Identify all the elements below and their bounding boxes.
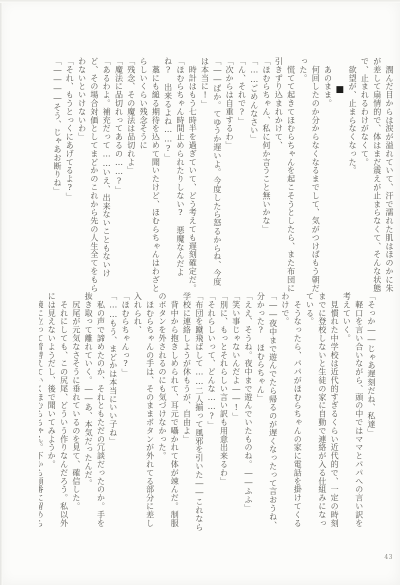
scene-break-marker: ■ — [334, 57, 346, 294]
paragraph: 「残念、その魔法は品切れよ」 — [124, 57, 136, 294]
paragraph: 慌てて起きてほむらちゃんを起こそうとしたら、また布団に引きずり込まれかけて、 — [272, 57, 297, 294]
paragraph: 時計はもう七時半を過ぎていて、どう考えても遅刻確定だ。 — [186, 57, 198, 294]
paragraph: そうなったら、パパがほむらちゃんの家に電話を掛けてくるわけで。 — [279, 292, 304, 535]
page-left-edge-shadow — [0, 0, 3, 585]
text-block-top: 潤んだ目からは涙が溢れていて、汗で濡れた肌はほのかに朱が差して扇情的で、体はまだ… — [43, 57, 395, 294]
page-number: 43 — [384, 554, 393, 561]
paragraph: 「……ごめんなさい」 — [247, 57, 259, 294]
paragraph: 「布団を蹴飛ばして……二人揃って風邪を引いた――これなら学校に連絡しようが休もう… — [180, 292, 205, 535]
paragraph: 「別に、もっとそれらしい言い訳も用意出来るわ」 — [217, 292, 229, 535]
paragraph: ほむらちゃんの手は、そのままボタンが外れてる部分に差し入れられ、 — [131, 292, 156, 535]
page-top-edge-shadow — [0, 0, 400, 3]
paragraph: 「それらしいって、どんな……?」 — [205, 292, 217, 535]
paragraph: 「ほむらちゃん時間止められたりしない? 悪魔なんだよね? 出来るよね……?」 — [161, 57, 186, 294]
paragraph: 何回したのか分からなくなるまでして、気がつけばもう朝だった。 — [297, 57, 322, 294]
paragraph: 「ええ、そうね。夜中まで遊んでいたものね。――ふふ」 — [242, 292, 254, 535]
paragraph: 「――ばか。てゆうか遅いよ。今度したら怒るからね、今度は本当に!」 — [198, 57, 223, 294]
paragraph: 私の声で諦めたのか、それともただの冗談だったのか。手を抜き取って離れていく。――… — [82, 292, 107, 535]
paragraph: 「――夜中まで遊んでたら帰るのが遅くなったって言おうね、分かった? ほむらちゃん… — [254, 292, 279, 535]
paragraph: 「それ、もうとっくにあげてるよ?」 — [63, 57, 75, 294]
scanned-novel-page: 潤んだ目からは涙が溢れていて、汗で濡れた肌はほのかに朱が差して扇情的で、体はまだ… — [0, 0, 400, 585]
paragraph: それにしても、この尻尾、どういう作りなんだろう。私以外には見えないようだし、後で… — [45, 292, 70, 535]
paragraph: 「ん、それで?」 — [235, 57, 247, 294]
paragraph: 「次からは自重するわ」 — [223, 57, 235, 294]
paragraph: 欲望が、止まらなくなった。 — [346, 57, 358, 294]
paragraph: 「そっか――じゃあ遅刻だね、私達」 — [365, 292, 377, 535]
paragraph: 潤んだ目からは涙が溢れていて、汗で濡れた肌はほのかに朱が差して扇情的で、体はまだ… — [358, 57, 395, 294]
paragraph: 鏡に立って着替えていくほむらちゃん。下から順番に留められていくボタン。その先には — [39, 292, 45, 535]
paragraph: 藁にも縋る期待を込めて聞いたけど、ほむらちゃんはわざとらしいくらい残念そうに — [137, 57, 162, 294]
paragraph: 「ほむらちゃんっ?」 — [119, 292, 131, 535]
paragraph: 軽口を言い合いながら、頭の中ではママとパパへの言い訳を考えていく。 — [340, 292, 365, 535]
paragraph: 背中から抱きしめられて、耳元で囁かれて体が竦んだ。制服のボタンを外されるのにも気… — [156, 292, 181, 535]
paragraph: 「ほむらちゃん、私に何か言うこと無いかな」 — [260, 57, 272, 294]
paragraph: 「……もう、まどかは本当にいい子ね」 — [106, 292, 118, 535]
paragraph: 尻尾が元気なさそうに垂れているのを見て、確信した。 — [70, 292, 82, 535]
paragraph: あのまま。 — [321, 57, 333, 294]
text-block-bottom: 「そっか――じゃあ遅刻だね、私達」 軽口を言い合いながら、頭の中ではママとパパへ… — [39, 292, 377, 535]
paragraph: 「魔法に品切れってあるの……?」 — [112, 57, 124, 294]
paragraph: 「あるわよ。補充だって……いえ、出来ないこともないけど、その場合対価としてまどか… — [75, 57, 112, 294]
paragraph: 「――――そう、じゃあお断りね」 — [51, 57, 63, 294]
paragraph: 見慣れた中学校は近代的すぎるくらい近代的で、一定の時刻までに登校しないと生徒の家… — [303, 292, 340, 535]
paragraph: 「笑い事じゃないんだよ――!」 — [229, 292, 241, 535]
